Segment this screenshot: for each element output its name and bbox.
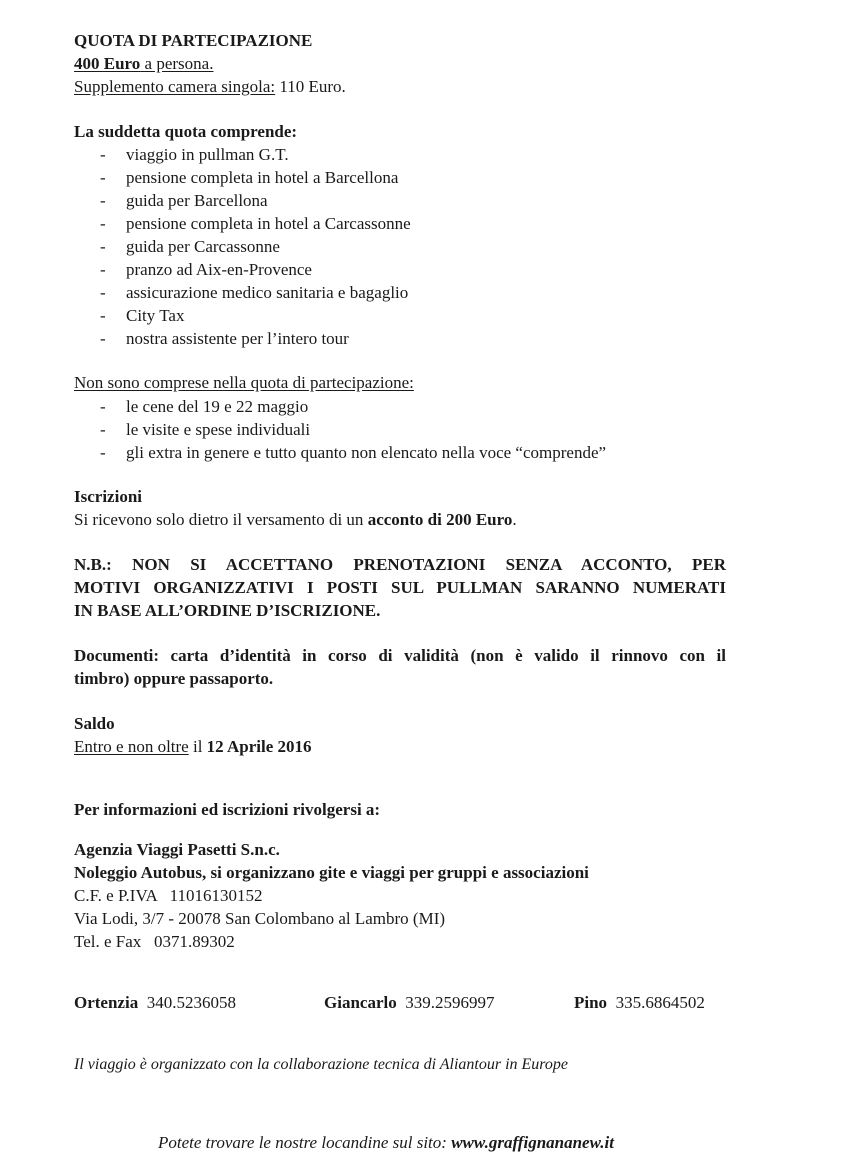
- contact-ortenzia: Ortenzia 340.5236058: [74, 993, 236, 1013]
- contact-phone: 339.2596997: [405, 993, 494, 1012]
- deposit-amount: acconto di 200 Euro: [368, 510, 513, 529]
- agency-address: Via Lodi, 3/7 - 20078 San Colombano al L…: [74, 909, 445, 929]
- contact-giancarlo: Giancarlo 339.2596997: [324, 993, 494, 1013]
- collaboration-note: Il viaggio è organizzato con la collabor…: [74, 1056, 568, 1074]
- agency-tagline: Noleggio Autobus, si organizzano gite e …: [74, 863, 589, 883]
- agency-name: Agenzia Viaggi Pasetti S.n.c.: [74, 840, 280, 860]
- contact-name: Ortenzia: [74, 993, 138, 1012]
- saldo-heading: Saldo: [74, 714, 115, 734]
- contact-name: Pino: [574, 993, 607, 1012]
- iscrizioni-heading: Iscrizioni: [74, 487, 142, 507]
- list-item: guida per Carcassonne: [74, 235, 411, 258]
- saldo-date: 12 Aprile 2016: [207, 737, 312, 756]
- contact-phone: 335.6864502: [616, 993, 705, 1012]
- list-item: le visite e spese individuali: [74, 418, 606, 441]
- website-text: Potete trovare le nostre locandine sul s…: [158, 1133, 451, 1152]
- list-item: assicurazione medico sanitaria e bagagli…: [74, 281, 411, 304]
- list-item: pranzo ad Aix-en-Provence: [74, 258, 411, 281]
- list-item: pensione completa in hotel a Barcellona: [74, 166, 411, 189]
- iscrizioni-text-start: Si ricevono solo dietro il versamento di…: [74, 510, 368, 529]
- supplement-label: Supplemento camera singola:: [74, 77, 275, 96]
- nb-line-2: MOTIVI ORGANIZZATIVI I POSTI SUL PULLMAN…: [74, 578, 726, 598]
- contact-pino: Pino 335.6864502: [574, 993, 705, 1013]
- list-item: pensione completa in hotel a Carcassonne: [74, 212, 411, 235]
- nb-line-1: N.B.: NON SI ACCETTANO PRENOTAZIONI SENZ…: [74, 555, 726, 575]
- saldo-line: Entro e non oltre il 12 Aprile 2016: [74, 737, 312, 757]
- agency-vat: C.F. e P.IVA 11016130152: [74, 886, 263, 906]
- documenti-line-1: Documenti: carta d’identità in corso di …: [74, 646, 726, 666]
- agency-phone: Tel. e Fax 0371.89302: [74, 932, 235, 952]
- nb-line-3: IN BASE ALL’ORDINE D’ISCRIZIONE.: [74, 601, 380, 621]
- contact-phone: 340.5236058: [147, 993, 236, 1012]
- contact-name: Giancarlo: [324, 993, 397, 1012]
- excluded-list: le cene del 19 e 22 maggio le visite e s…: [74, 395, 606, 464]
- price-line: 400 Euro a persona.: [74, 54, 213, 74]
- supplement-value: 110 Euro.: [275, 77, 346, 96]
- price-amount: 400 Euro: [74, 54, 140, 73]
- list-item: City Tax: [74, 304, 411, 327]
- list-item: le cene del 19 e 22 maggio: [74, 395, 606, 418]
- list-item: guida per Barcellona: [74, 189, 411, 212]
- website-link[interactable]: www.graffignananew.it: [451, 1133, 614, 1152]
- supplement-line: Supplemento camera singola: 110 Euro.: [74, 77, 346, 97]
- price-unit: a persona.: [140, 54, 213, 73]
- list-item: viaggio in pullman G.T.: [74, 143, 411, 166]
- website-line: Potete trovare le nostre locandine sul s…: [158, 1133, 614, 1153]
- documenti-line-2: timbro) oppure passaporto.: [74, 669, 273, 689]
- saldo-label: Entro e non oltre: [74, 737, 189, 756]
- info-heading: Per informazioni ed iscrizioni rivolgers…: [74, 800, 380, 820]
- excluded-heading: Non sono comprese nella quota di parteci…: [74, 373, 414, 393]
- included-heading: La suddetta quota comprende:: [74, 122, 297, 142]
- included-list: viaggio in pullman G.T. pensione complet…: [74, 143, 411, 350]
- iscrizioni-text: Si ricevono solo dietro il versamento di…: [74, 510, 517, 530]
- iscrizioni-text-end: .: [512, 510, 516, 529]
- list-item: gli extra in genere e tutto quanto non e…: [74, 441, 606, 464]
- list-item: nostra assistente per l’intero tour: [74, 327, 411, 350]
- saldo-mid: il: [189, 737, 207, 756]
- quota-title: QUOTA DI PARTECIPAZIONE: [74, 31, 312, 51]
